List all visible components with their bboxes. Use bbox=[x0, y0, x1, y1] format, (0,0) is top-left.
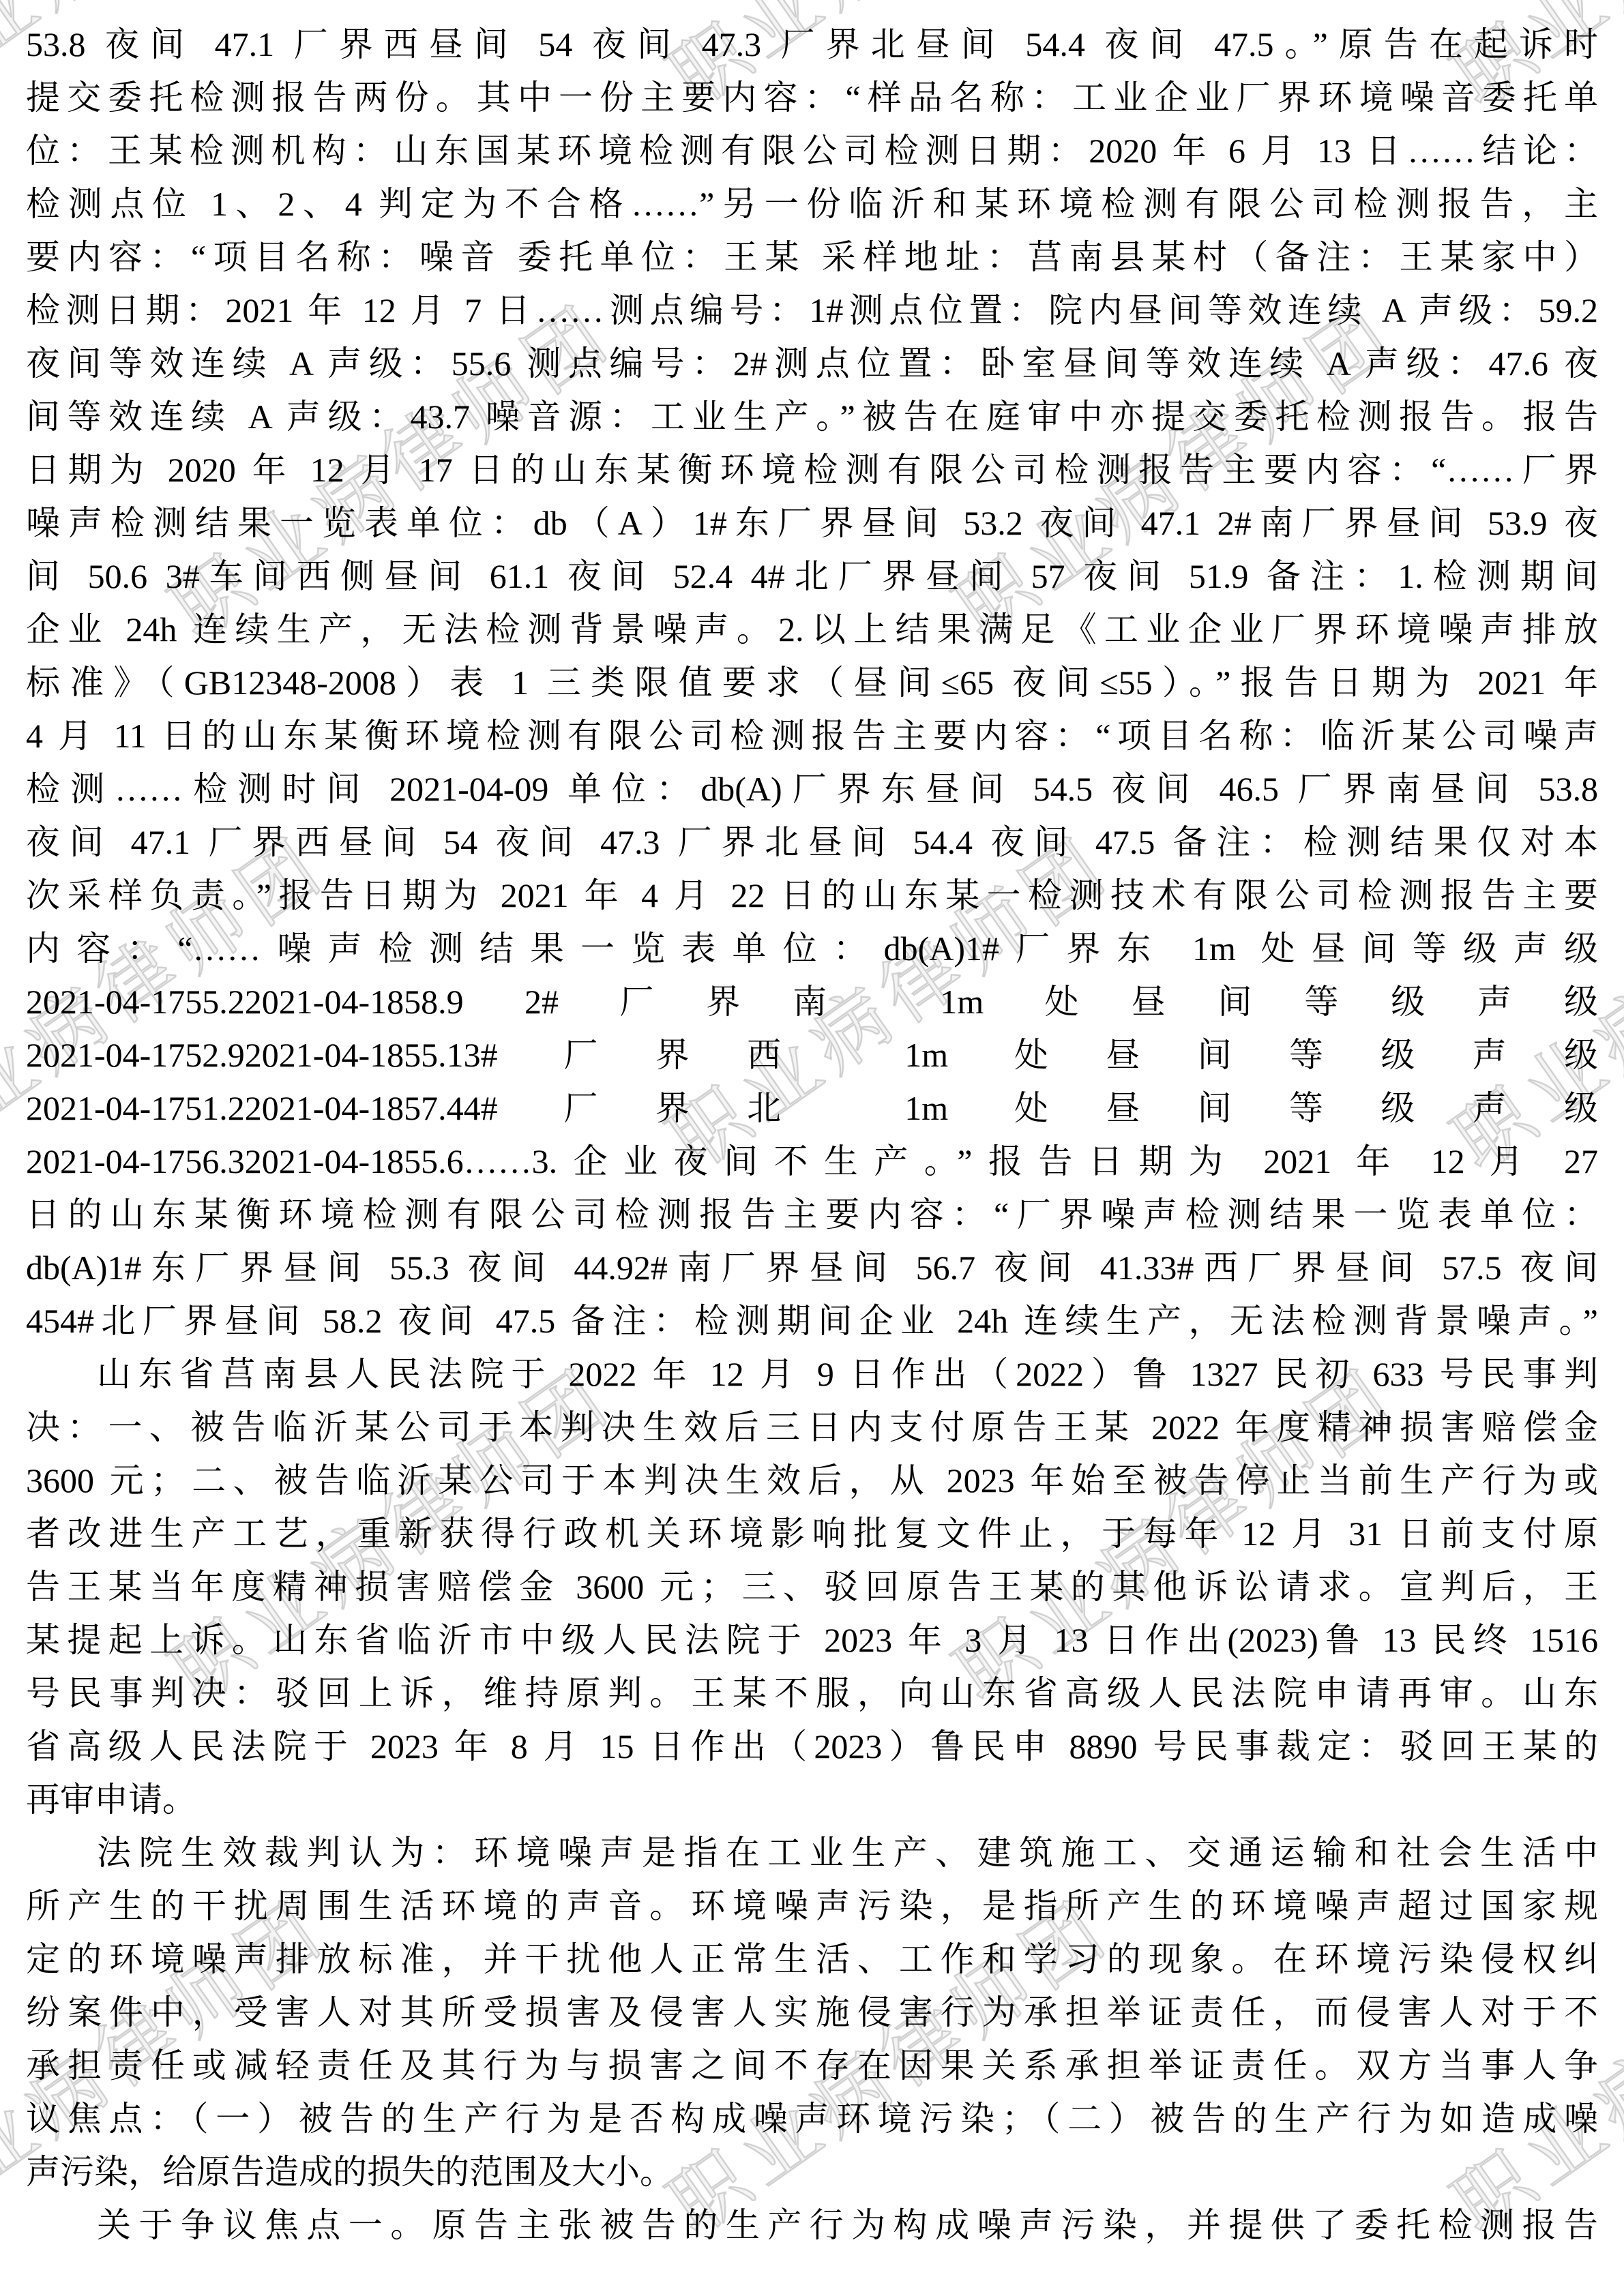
text-line: 检测日期：2021 年 12 月 7 日……测点编号：1#测点位置：院内昼间等效… bbox=[26, 284, 1598, 337]
document-page: 职业病律师团职业病律师团职业病律师团职业病律师团职业病律师团职业病律师团职业病律… bbox=[0, 0, 1624, 2296]
text-line: 决：一、被告临沂某公司于本判决生效后三日内支付原告王某 2022 年度精神损害赔… bbox=[26, 1401, 1598, 1454]
text-line: 承担责任或减轻责任及其行为与损害之间不存在因果关系承担举证责任。双方当事人争 bbox=[26, 2039, 1598, 2092]
text-line: 夜间等效连续 A 声级：55.6 测点编号：2#测点位置：卧室昼间等效连续 A … bbox=[26, 337, 1598, 390]
text-line: 告王某当年度精神损害赔偿金 3600 元；三、驳回原告王某的其他诉讼请求。宣判后… bbox=[26, 1560, 1598, 1613]
text-line: 内容：“……噪声检测结果一览表单位：db(A)1#厂界东 1m 处昼间等级声级 bbox=[26, 922, 1598, 975]
text-line: 日的山东某衡环境检测有限公司检测报告主要内容：“厂界噪声检测结果一览表单位： bbox=[26, 1188, 1598, 1241]
text-line: 所产生的干扰周围生活环境的声音。环境噪声污染，是指所产生的环境噪声超过国家规 bbox=[26, 1879, 1598, 1933]
text-line: 省高级人民法院于 2023 年 8 月 15 日作出（2023）鲁民申 8890… bbox=[26, 1720, 1598, 1773]
text-line: 53.8 夜间 47.1 厂界西昼间 54 夜间 47.3 厂界北昼间 54.4… bbox=[26, 18, 1598, 71]
text-line: 提交委托检测报告两份。其中一份主要内容：“样品名称：工业企业厂界环境噪音委托单 bbox=[26, 71, 1598, 124]
text-line: 夜间 47.1 厂界西昼间 54 夜间 47.3 厂界北昼间 54.4 夜间 4… bbox=[26, 816, 1598, 869]
text-line: 噪声检测结果一览表单位：db（A）1#东厂界昼间 53.2 夜间 47.1 2#… bbox=[26, 496, 1598, 550]
text-line: 号民事判决：驳回上诉，维持原判。王某不服，向山东省高级人民法院申请再审。山东 bbox=[26, 1667, 1598, 1720]
text-line: 法院生效裁判认为：环境噪声是指在工业生产、建筑施工、交通运输和社会生活中 bbox=[26, 1826, 1598, 1879]
text-line: 检测……检测时间 2021-04-09 单位：db(A)厂界东昼间 54.5 夜… bbox=[26, 762, 1598, 816]
text-line: 454#北厂界昼间 58.2 夜间 47.5 备注：检测期间企业 24h 连续生… bbox=[26, 1294, 1598, 1347]
text-line: 日期为 2020 年 12 月 17 日的山东某衡环境检测有限公司检测报告主要内… bbox=[26, 443, 1598, 496]
text-line: 企业 24h 连续生产，无法检测背景噪声。2.以上结果满足《工业企业厂界环境噪声… bbox=[26, 603, 1598, 656]
text-line: 3600 元；二、被告临沂某公司于本判决生效后，从 2023 年始至被告停止当前… bbox=[26, 1454, 1598, 1507]
text-line: 关于争议焦点一。原告主张被告的生产行为构成噪声污染，并提供了委托检测报告 bbox=[26, 2198, 1598, 2252]
text-line: 纷案件中，受害人对其所受损害及侵害人实施侵害行为承担举证责任，而侵害人对于不 bbox=[26, 1986, 1598, 2039]
text-line: 间 50.6 3#车间西侧昼间 61.1 夜间 52.4 4#北厂界昼间 57 … bbox=[26, 550, 1598, 603]
text-line: 次采样负责。”报告日期为 2021 年 4 月 22 日的山东某一检测技术有限公… bbox=[26, 869, 1598, 922]
text-line: 2021-04-1752.92021-04-1855.13# 厂界西 1m 处昼… bbox=[26, 1028, 1598, 1082]
text-line: 要内容：“项目名称：噪音 委托单位：王某 采样地址：莒南县某村（备注：王某家中） bbox=[26, 230, 1598, 284]
text-line: 声污染，给原告造成的损失的范围及大小。 bbox=[26, 2145, 1598, 2198]
text-line: 山东省莒南县人民法院于 2022 年 12 月 9 日作出（2022）鲁 132… bbox=[26, 1347, 1598, 1401]
text-line: 检测点位 1、2、4 判定为不合格……”另一份临沂和某环境检测有限公司检测报告，… bbox=[26, 177, 1598, 230]
text-line: 4 月 11 日的山东某衡环境检测有限公司检测报告主要内容：“项目名称：临沂某公… bbox=[26, 709, 1598, 762]
text-line: 位：王某检测机构：山东国某环境检测有限公司检测日期：2020 年 6 月 13 … bbox=[26, 124, 1598, 177]
text-line: 2021-04-1751.22021-04-1857.44# 厂界北 1m 处昼… bbox=[26, 1082, 1598, 1135]
text-line: 议焦点：（一）被告的生产行为是否构成噪声环境污染；（二）被告的生产行为如造成噪 bbox=[26, 2092, 1598, 2145]
text-line: 2021-04-1756.32021-04-1855.6……3.企业夜间不生产。… bbox=[26, 1135, 1598, 1188]
text-line: 者改进生产工艺，重新获得行政机关环境影响批复文件止，于每年 12 月 31 日前… bbox=[26, 1507, 1598, 1560]
text-line: db(A)1#东厂界昼间 55.3 夜间 44.92#南厂界昼间 56.7 夜间… bbox=[26, 1241, 1598, 1294]
text-line: 定的环境噪声排放标准，并干扰他人正常生活、工作和学习的现象。在环境污染侵权纠 bbox=[26, 1933, 1598, 1986]
text-line: 再审申请。 bbox=[26, 1773, 1598, 1826]
text-line: 标准》（GB12348-2008）表 1 三类限值要求（昼间≤65 夜间≤55）… bbox=[26, 656, 1598, 709]
text-line: 某提起上诉。山东省临沂市中级人民法院于 2023 年 3 月 13 日作出(20… bbox=[26, 1613, 1598, 1667]
text-line: 2021-04-1755.22021-04-1858.9 2# 厂界南 1m 处… bbox=[26, 975, 1598, 1028]
document-body: 53.8 夜间 47.1 厂界西昼间 54 夜间 47.3 厂界北昼间 54.4… bbox=[26, 18, 1598, 2252]
text-line: 间等效连续 A 声级：43.7 噪音源：工业生产。”被告在庭审中亦提交委托检测报… bbox=[26, 390, 1598, 443]
